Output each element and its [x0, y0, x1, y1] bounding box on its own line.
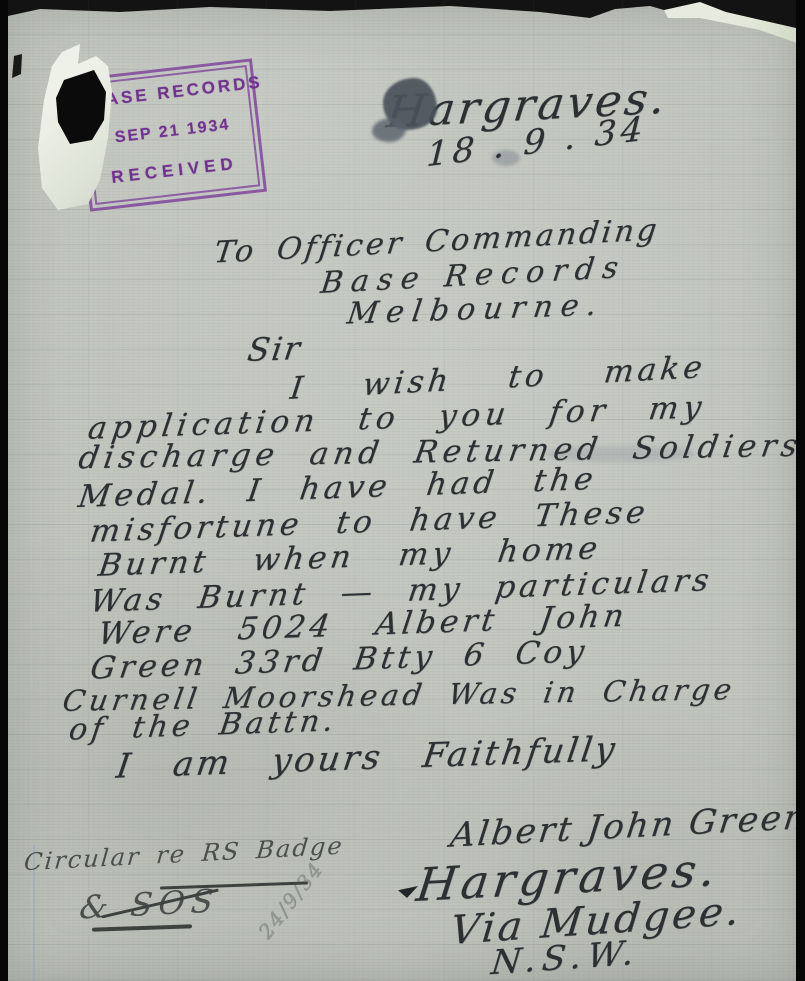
- scan-edge-left: [0, 0, 8, 981]
- scan-edge-right: [796, 0, 805, 981]
- salutation: Sir: [245, 329, 304, 369]
- scanned-letter-page: BASE RECORDS SEP 21 1934 RECEIVED Hargra…: [0, 0, 805, 981]
